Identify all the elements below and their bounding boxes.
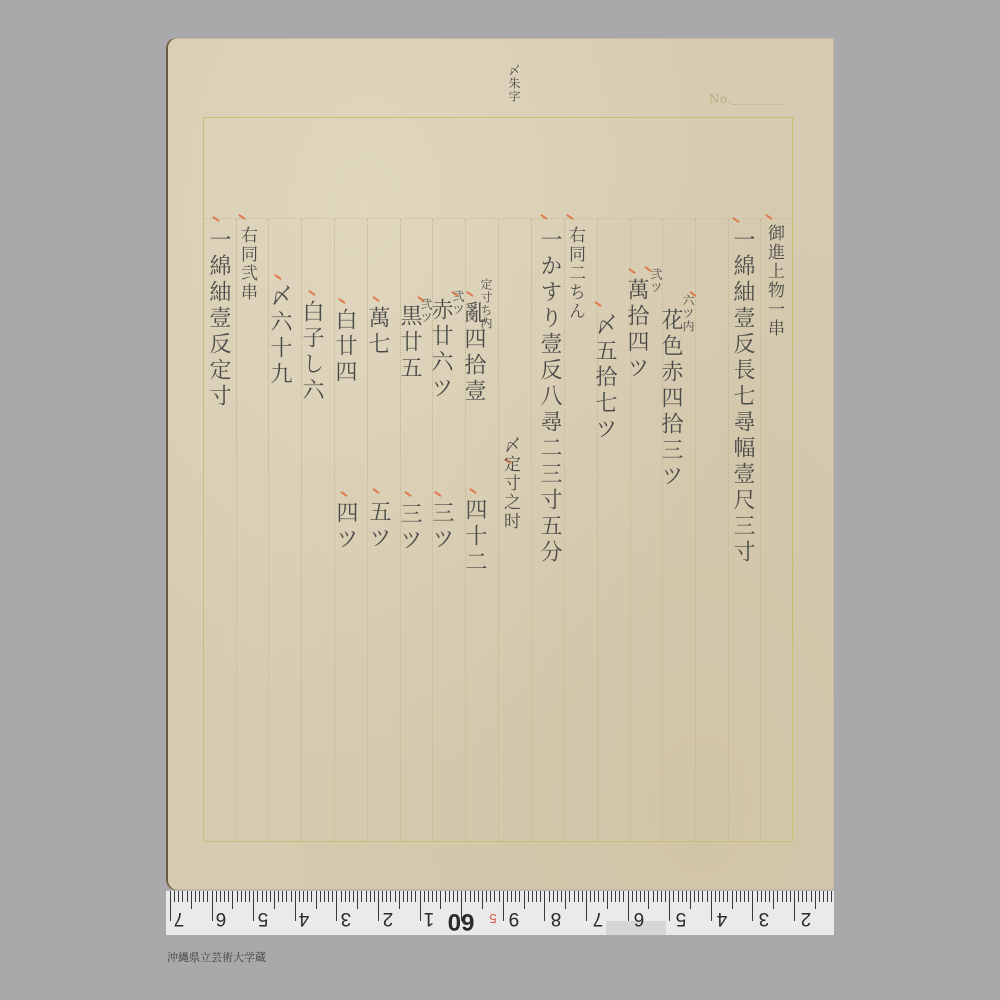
ruler-tick (702, 891, 703, 902)
ruler-tick (519, 891, 520, 902)
ruler-tick (428, 891, 429, 902)
ruler-label: 6 (211, 907, 231, 929)
red-check-mark (372, 488, 380, 494)
ruler-tick (515, 891, 516, 902)
ruler-tick (366, 891, 367, 902)
red-check-mark (340, 491, 348, 497)
ruler-tick (707, 891, 708, 902)
ruler-tick (270, 891, 271, 902)
red-check-mark (404, 491, 412, 497)
column-rule (760, 219, 761, 841)
ruler-label: 4 (294, 907, 314, 929)
ruled-frame: Nippon Note Gakuyohin Co., L.T.D. 御進上物一串… (203, 117, 793, 842)
ruler-tick (782, 891, 783, 902)
ruler-tick (536, 891, 537, 902)
ruler-tick (182, 891, 183, 902)
number-field-line (732, 104, 784, 105)
ruler-label: 1 (419, 907, 439, 929)
ruler-tick (765, 891, 766, 902)
ruler-tick (237, 891, 238, 902)
ruler-tick (611, 891, 612, 902)
ruler-tick (445, 891, 446, 902)
ruler-tick (736, 891, 737, 902)
ruler-tick (357, 891, 358, 909)
ruler-tick (232, 891, 233, 909)
number-label: No. (709, 92, 732, 106)
ruler-tick (636, 891, 637, 902)
ruler-tick (790, 891, 791, 902)
ruler-tick (282, 891, 283, 902)
ruler-tick (220, 891, 221, 902)
ruler-tick (727, 891, 728, 902)
ruler-tick (345, 891, 346, 902)
ruler-label: 7 (588, 907, 608, 929)
red-check-mark (238, 214, 246, 220)
column-note: 六ツ内 (682, 294, 694, 333)
red-check-mark (372, 296, 380, 302)
ruler-tick (802, 891, 803, 902)
ruler-tick (748, 891, 749, 902)
ruler-tick (370, 891, 371, 902)
collection-caption: 沖縄県立芸術大学蔵 (167, 949, 266, 965)
ruler-tick (262, 891, 263, 902)
ruler-tick (682, 891, 683, 902)
ruler-tick (278, 891, 279, 902)
ruler-tick (216, 891, 217, 902)
header-note: 〆朱字 (506, 64, 523, 103)
column-rule (695, 219, 696, 841)
ruler-tick (507, 891, 508, 902)
ruler-tick (424, 891, 425, 902)
ruler-tick (228, 891, 229, 902)
red-check-mark (434, 491, 442, 497)
ruler-tick (470, 891, 471, 902)
ruler-tick (361, 891, 362, 902)
ruler-tick (374, 891, 375, 902)
ruler-tick (187, 891, 188, 902)
column-heading: 御進上物一串 (765, 224, 782, 338)
ruler-tick (245, 891, 246, 902)
column-entry: 白子し六 (300, 300, 322, 404)
column-entry: 一かすり壹反八尋二三寸五分 (538, 228, 560, 566)
ruler-tick (757, 891, 758, 902)
ruler-tick (769, 891, 770, 902)
ruler-tick (590, 891, 591, 902)
ruler-tick (203, 891, 204, 902)
ruler-label: 3 (336, 907, 356, 929)
ruler-tick (511, 891, 512, 902)
column-rule (498, 219, 499, 841)
ruler-tick (349, 891, 350, 902)
ruler-tick (540, 891, 541, 902)
ruler-label: 8 (546, 907, 566, 929)
column-rule (236, 219, 237, 841)
ruler-tick (661, 891, 662, 902)
ruler-tick (582, 891, 583, 902)
notebook-page: 〆朱字 No. Nippon Note Gakuyohin Co., L.T.D… (166, 38, 834, 890)
ruler-tick (178, 891, 179, 902)
ruler-label: 3 (754, 907, 774, 929)
ruler-tick (494, 891, 495, 902)
measuring-ruler: 7 6 5 4 3 2 1 60 5 9 8 7 6 5 4 3 2 (166, 890, 834, 935)
ruler-tick (449, 891, 450, 902)
red-check-mark (594, 301, 602, 307)
ruler-tick (241, 891, 242, 902)
ruler-tick (399, 891, 400, 909)
column-note: 弐ツ (650, 268, 662, 294)
ruler-tick (619, 891, 620, 902)
ruler-tick (723, 891, 724, 902)
ruler-tick (499, 891, 500, 902)
ruler-tick (553, 891, 554, 902)
ruler-label: 6 (629, 907, 649, 929)
ruler-tick (440, 891, 441, 909)
column-entry: 三ツ (398, 502, 420, 554)
ruler-tick (478, 891, 479, 902)
ruler-label: 7 (169, 907, 189, 929)
ruler-tick (594, 891, 595, 902)
ruler-tick (411, 891, 412, 902)
ruler-tick (653, 891, 654, 902)
ruler-tick (569, 891, 570, 902)
ruler-tick (403, 891, 404, 902)
ruler-tick (307, 891, 308, 902)
column-entry: 花色赤四拾三ツ (659, 308, 681, 490)
ruler-tick (453, 891, 454, 902)
ruler-tick (574, 891, 575, 902)
ruler-tick (761, 891, 762, 902)
ruler-tick (694, 891, 695, 902)
column-entry: 〆六十九 (268, 284, 290, 388)
ruler-tick (432, 891, 433, 902)
ruler-tick (798, 891, 799, 902)
ruler-tick (328, 891, 329, 902)
column-note: 〆定寸之时 (501, 436, 518, 531)
ruler-tick (291, 891, 292, 902)
ruler-tick (657, 891, 658, 902)
ruler-label-60: 60 (444, 907, 478, 935)
ruler-tick (320, 891, 321, 902)
ruler-tick (286, 891, 287, 902)
ruler-tick (678, 891, 679, 902)
ruler-tick (719, 891, 720, 902)
column-entry: 〆五拾七ツ (593, 313, 615, 443)
column-rule (728, 219, 729, 841)
ruler-tick (777, 891, 778, 902)
ruler-tick (740, 891, 741, 902)
ruler-tick (644, 891, 645, 902)
ruler-label: 9 (504, 907, 524, 929)
ruler-tick (407, 891, 408, 902)
ruler-tick (191, 891, 192, 909)
ruler-tick (673, 891, 674, 902)
ruler-tick (665, 891, 666, 902)
ruler-tick (382, 891, 383, 902)
ruler-tick (557, 891, 558, 902)
ruler-tick (332, 891, 333, 902)
ruler-tick (811, 891, 812, 902)
red-check-mark (566, 214, 574, 220)
ruler-label-red: 5 (483, 911, 503, 926)
ruler-tick (311, 891, 312, 902)
ruler-tick (303, 891, 304, 902)
ruler-tick (266, 891, 267, 902)
ruler-tick (386, 891, 387, 902)
ruler-tick (390, 891, 391, 902)
ruler-tick (615, 891, 616, 902)
ruler-tick (578, 891, 579, 902)
column-entry: 一綿紬壹反長七尋幅壹尺三寸 (731, 228, 753, 566)
ruler-tick (686, 891, 687, 902)
ruler-tick (207, 891, 208, 902)
ruler-label: 5 (671, 907, 691, 929)
ruler-tick (353, 891, 354, 902)
ruler-tick (436, 891, 437, 902)
ruler-tick (561, 891, 562, 902)
ruler-tick (482, 891, 483, 909)
ruler-tick (199, 891, 200, 902)
ruler-tick (415, 891, 416, 902)
ruler-label: 4 (712, 907, 732, 929)
ruler-tick (640, 891, 641, 902)
column-entry: 萬拾四ツ (625, 278, 647, 382)
ruler-tick (528, 891, 529, 902)
ruler-tick (603, 891, 604, 902)
ruler-tick (823, 891, 824, 902)
column-entry: 四ツ (334, 501, 356, 553)
ruler-tick (532, 891, 533, 902)
ruler-tick (224, 891, 225, 902)
ruler-tick (474, 891, 475, 902)
publisher-imprint: Nippon Note Gakuyohin Co., L.T.D. (218, 508, 232, 702)
ruler-tick (486, 891, 487, 902)
column-entry: 五ツ (367, 500, 389, 552)
ruler-tick (806, 891, 807, 902)
ruler-tick (257, 891, 258, 902)
column-entry: 白廿四 (333, 308, 355, 386)
column-entry: 一綿紬壹反定寸 (207, 228, 229, 410)
red-check-mark (540, 214, 548, 220)
ruler-tick (632, 891, 633, 902)
ruler-tick (274, 891, 275, 909)
ruler-tick (698, 891, 699, 902)
column-entry: 萬七 (366, 306, 388, 358)
ruler-tick (174, 891, 175, 902)
ruler-tick (316, 891, 317, 909)
column-entry: 亂四拾壹 (462, 301, 484, 405)
column-heading: 右同弐串 (238, 226, 255, 302)
column-entry: 黒廿五 (398, 304, 420, 382)
column-heading: 右同二ちん (566, 226, 583, 321)
red-check-mark (212, 216, 220, 222)
ruler-tick (715, 891, 716, 902)
ruler-tick (490, 891, 491, 902)
ruler-tick (457, 891, 458, 902)
column-entry: 三ツ (430, 501, 452, 553)
ruler-tick (195, 891, 196, 902)
ruler-tick (299, 891, 300, 902)
column-rule (531, 219, 532, 841)
column-note: 弐ツ (452, 290, 464, 316)
ruler-tick (249, 891, 250, 902)
ruler-tick (324, 891, 325, 902)
ruler-tick (549, 891, 550, 902)
ruler-tick (586, 891, 587, 921)
ruler-tick (819, 891, 820, 902)
ruler-tick (341, 891, 342, 902)
ruler-tick (465, 891, 466, 902)
ruler-tick (831, 891, 832, 902)
red-check-mark (274, 274, 282, 280)
column-entry: 四十二 (463, 498, 485, 576)
ruler-tick (827, 891, 828, 902)
ruler-label: 2 (378, 907, 398, 929)
red-check-mark (469, 488, 477, 494)
red-check-mark (308, 290, 316, 296)
ruler-tick (744, 891, 745, 902)
ruler-tick (794, 891, 795, 921)
ruler-tick (786, 891, 787, 902)
red-check-mark (466, 291, 474, 297)
ruler-label: 2 (796, 907, 816, 929)
ruler-tick (623, 891, 624, 902)
ruler-tick (395, 891, 396, 902)
red-check-mark (338, 298, 346, 304)
ruler-label: 5 (253, 907, 273, 929)
red-check-mark (765, 214, 773, 220)
ruler-tick (598, 891, 599, 902)
